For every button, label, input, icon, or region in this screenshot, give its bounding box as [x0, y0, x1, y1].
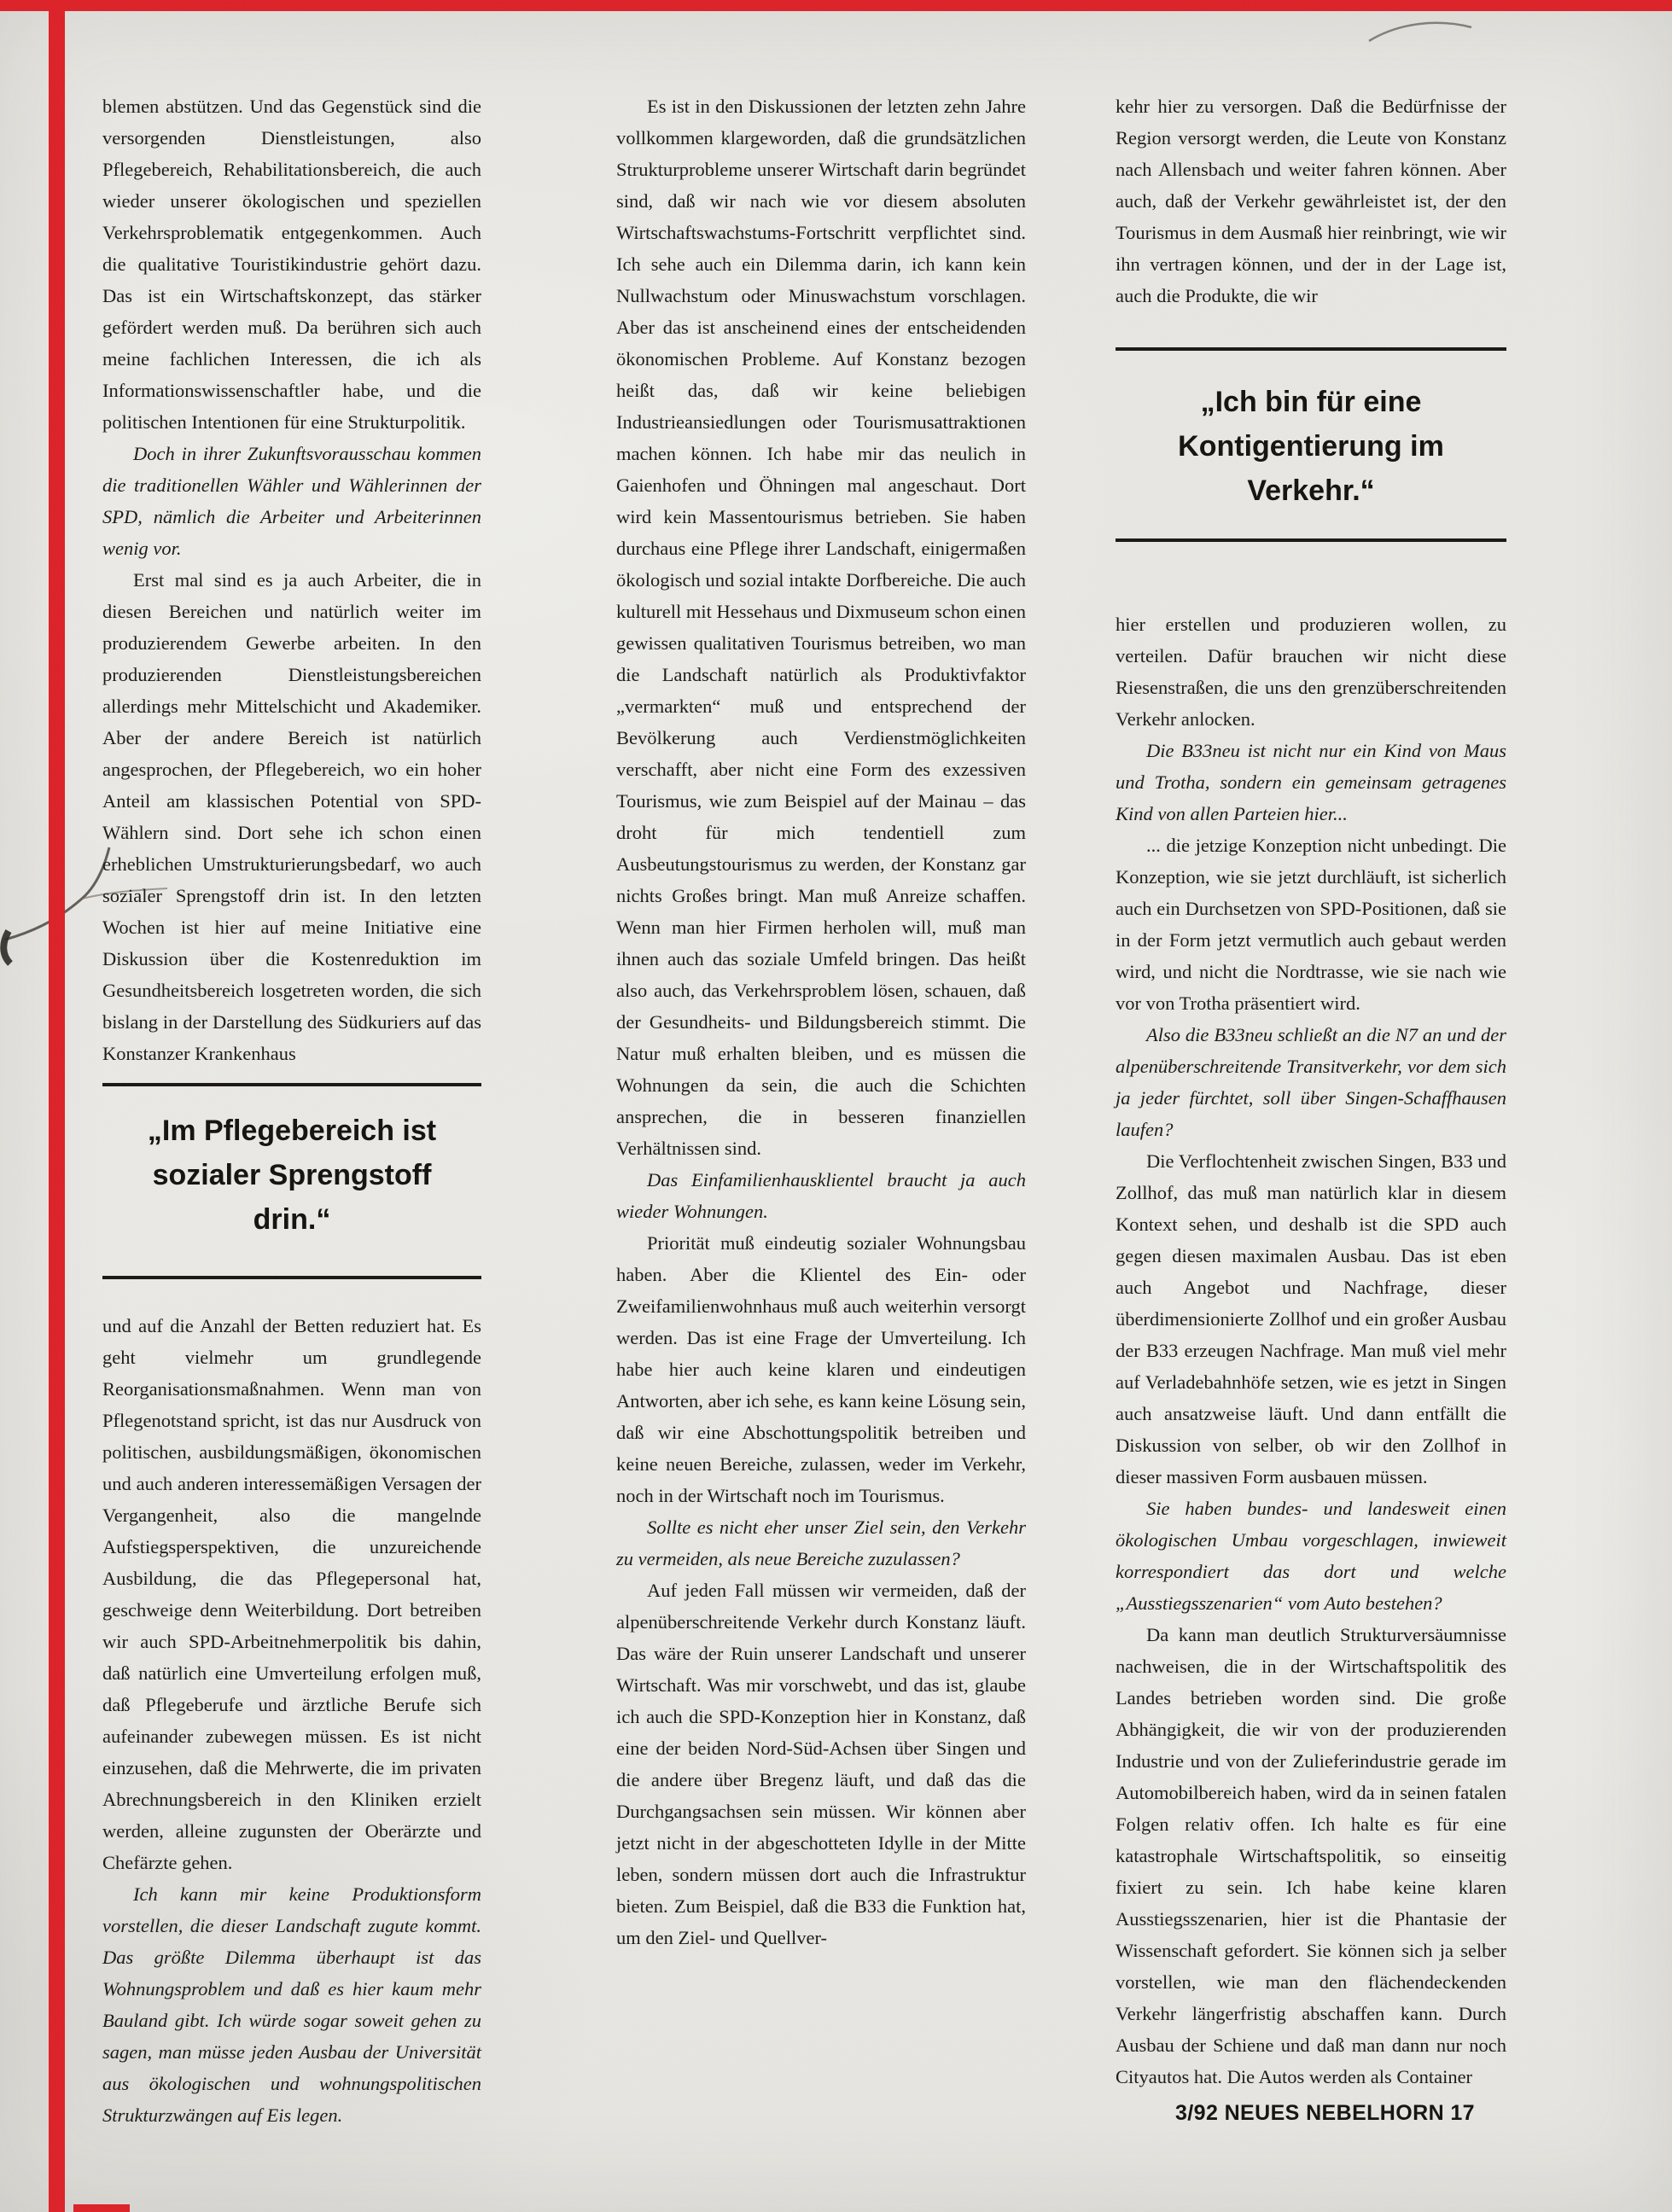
column-left: blemen abstützen. Und das Gegenstück sin…	[102, 90, 481, 2131]
interview-question: Sie haben bundes- und landesweit einen ö…	[1116, 1493, 1506, 1619]
pull-quote-traffic: „Ich bin für eine Kontigentierung im Ver…	[1116, 347, 1506, 542]
page-root: blemen abstützen. Und das Gegenstück sin…	[0, 0, 1672, 2212]
interview-question: Also die B33neu schließt an die N7 an un…	[1116, 1019, 1506, 1145]
paragraph: blemen abstützen. Und das Gegenstück sin…	[102, 90, 481, 438]
paragraph: hier erstellen und produzieren wollen, z…	[1116, 608, 1506, 735]
column-middle: Es ist in den Diskussionen der letzten z…	[616, 90, 1026, 1953]
paragraph: Es ist in den Diskussionen der letzten z…	[616, 90, 1026, 1164]
red-border-top	[0, 0, 1672, 11]
paragraph: Priorität muß eindeutig sozialer Wohnung…	[616, 1227, 1026, 1511]
pull-quote-care: „Im Pflegebereich ist sozialer Sprengsto…	[102, 1083, 481, 1279]
scratch-artifact	[1366, 15, 1477, 49]
paragraph: kehr hier zu versorgen. Daß die Bedürfni…	[1116, 90, 1506, 311]
paragraph: und auf die Anzahl der Betten reduziert …	[102, 1310, 481, 1878]
interview-question: Sollte es nicht eher unser Ziel sein, de…	[616, 1511, 1026, 1575]
paragraph: Da kann man deutlich Strukturversäumniss…	[1116, 1619, 1506, 2093]
pull-quote-text: „Im Pflegebereich ist sozialer Sprengsto…	[148, 1115, 436, 1236]
red-mark-bottom-left	[73, 2204, 130, 2212]
interview-question: Das Einfamilienhausklientel braucht ja a…	[616, 1164, 1026, 1227]
paragraph: Erst mal sind es ja auch Arbeiter, die i…	[102, 564, 481, 1069]
paragraph: Die Verflochtenheit zwischen Singen, B33…	[1116, 1145, 1506, 1493]
paragraph: ... die jetzige Konzeption nicht unbedin…	[1116, 829, 1506, 1019]
interview-question: Doch in ihrer Zukunftsvorausschau kommen…	[102, 438, 481, 564]
paragraph: Auf jeden Fall müssen wir vermeiden, daß…	[616, 1575, 1026, 1953]
pull-quote-text: „Ich bin für eine Kontigentierung im Ver…	[1178, 386, 1444, 507]
interview-question: Die B33neu ist nicht nur ein Kind von Ma…	[1116, 735, 1506, 829]
interview-question: Ich kann mir keine Produktionsform vorst…	[102, 1878, 481, 2131]
column-right: kehr hier zu versorgen. Daß die Bedürfni…	[1116, 90, 1506, 2093]
red-border-left	[49, 0, 65, 2212]
page-footer: 3/92 NEUES NEBELHORN 17	[1175, 2101, 1475, 2126]
